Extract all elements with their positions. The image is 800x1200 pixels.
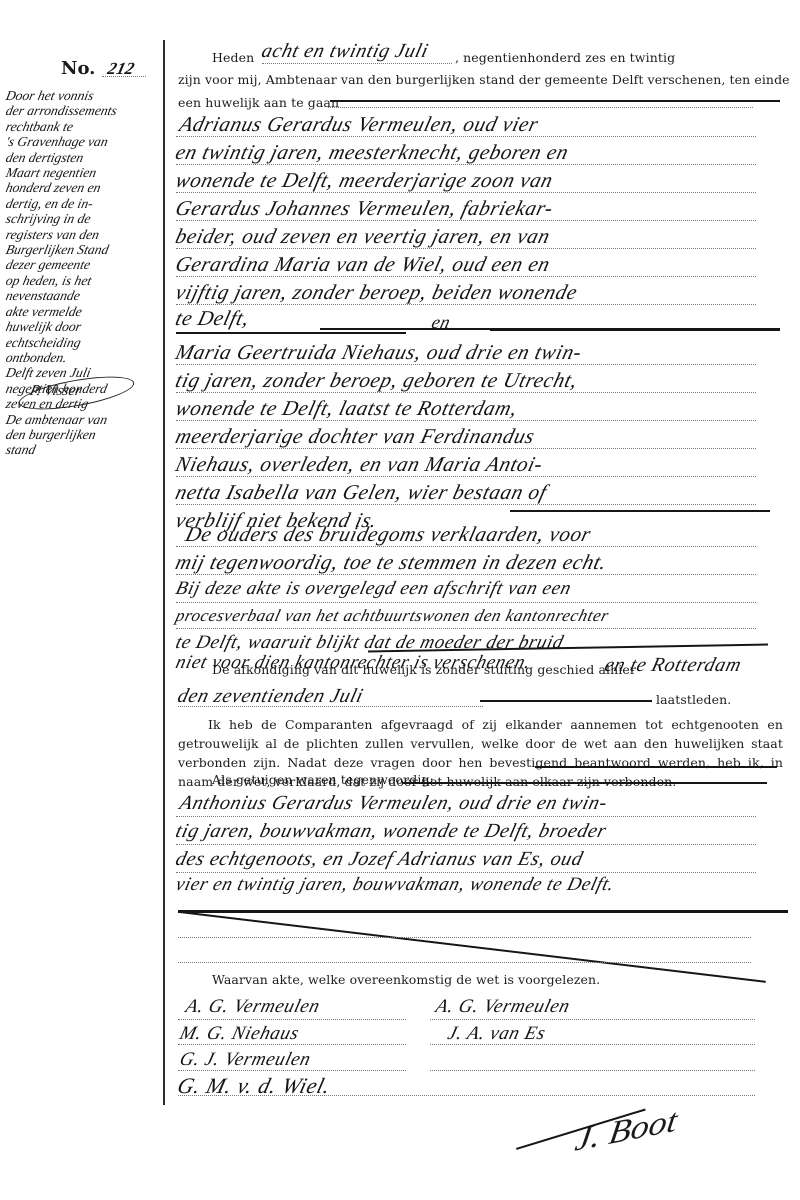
signature-father: G. J. Vermeulen bbox=[177, 1049, 313, 1071]
declaration-line: procesverbaal van het achtbuurtswonen de… bbox=[174, 606, 612, 626]
ruling-dots bbox=[176, 220, 756, 221]
ruling-dots bbox=[176, 504, 756, 505]
signature-official: J. Boot bbox=[573, 1102, 680, 1159]
year-text: , negentienhonderd zes en twintig bbox=[455, 50, 675, 65]
groom-line: vijftig jaren, zonder beroep, beiden won… bbox=[173, 280, 580, 305]
margin-note-line: ontbonden. bbox=[4, 350, 159, 365]
separator-line-right bbox=[490, 329, 780, 331]
margin-note-line: der arrondissements bbox=[4, 103, 159, 118]
ruling-dots bbox=[176, 628, 756, 629]
groom-line: beider, oud zeven en veertig jaren, en v… bbox=[173, 224, 553, 249]
blank-dots bbox=[178, 962, 751, 963]
margin-note-line: rechtbank te bbox=[4, 119, 159, 134]
separator-line-left bbox=[176, 332, 406, 334]
margin-note-line: dertig, en de in- bbox=[4, 196, 159, 211]
declaration-line: mij tegenwoordig, toe te stemmen in deze… bbox=[173, 550, 610, 575]
ruling-dots bbox=[176, 574, 756, 575]
margin-note-line: den dertigsten bbox=[4, 150, 159, 165]
ruling-dots bbox=[176, 276, 756, 277]
margin-note-line: nevenstaande bbox=[4, 288, 159, 303]
margin-note-line: akte vermelde bbox=[4, 304, 159, 319]
bride-line: tig jaren, zonder beroep, geboren te Utr… bbox=[173, 368, 580, 393]
ruling-dots bbox=[176, 192, 756, 193]
witnesses-label: Als getuigen waren tegenwoordig: bbox=[212, 772, 434, 787]
signature-dots bbox=[178, 1019, 406, 1020]
ruling-dots bbox=[176, 420, 756, 421]
closing-text: Waarvan akte, welke overeenkomstig de we… bbox=[212, 972, 600, 987]
groom-line: Adrianus Gerardus Vermeulen, oud vier bbox=[177, 112, 541, 137]
record-number-dots bbox=[102, 76, 146, 77]
margin-note-line: huwelijk door bbox=[4, 319, 159, 334]
intent-fill-line bbox=[330, 100, 780, 102]
margin-note-line: Burgerlijken Stand bbox=[4, 242, 159, 257]
ruling-dots bbox=[176, 392, 756, 393]
signature-dots bbox=[178, 1070, 406, 1071]
date-dots bbox=[262, 63, 452, 64]
signature-witness-2: J. A. van Es bbox=[445, 1023, 548, 1045]
bride-line: Maria Geertruida Niehaus, oud drie en tw… bbox=[173, 340, 585, 365]
bride-line: wonende te Delft, laatst te Rotterdam, bbox=[173, 396, 520, 421]
proclamation-dots bbox=[178, 706, 483, 707]
margin-note-line: honderd zeven en bbox=[4, 180, 159, 195]
signature-witness-1: A. G. Vermeulen bbox=[433, 996, 572, 1018]
margin-signature: P. Visser bbox=[28, 383, 84, 400]
witnesses-fill-line bbox=[402, 782, 767, 784]
signature-dots bbox=[430, 1095, 755, 1096]
margin-note-line: stand bbox=[4, 442, 159, 457]
ruling-dots bbox=[176, 164, 756, 165]
signature-bride: M. G. Niehaus bbox=[177, 1023, 301, 1045]
record-number-label: No. bbox=[61, 58, 95, 79]
margin-note-line: echtscheiding bbox=[4, 335, 159, 350]
ruling-dots bbox=[176, 816, 756, 817]
ruling-dots bbox=[176, 476, 756, 477]
marriage-intent-text: een huwelijk aan te gaan bbox=[178, 95, 339, 110]
proclamation-date: den zeventienden Juli bbox=[175, 685, 365, 708]
margin-note-line: Door het vonnis bbox=[4, 88, 159, 103]
intent-dots bbox=[328, 107, 753, 108]
groom-line: te Delft, bbox=[173, 306, 252, 331]
proclamation-fill-line bbox=[480, 700, 652, 702]
blank-dots bbox=[178, 937, 751, 938]
bride-line: netta Isabella van Gelen, wier bestaan o… bbox=[173, 480, 550, 505]
witness-line: vier en twintig jaren, bouwvakman, wonen… bbox=[173, 874, 616, 896]
signature-dots bbox=[430, 1044, 755, 1045]
margin-note-line: op heden, is het bbox=[4, 273, 159, 288]
heden-label: Heden bbox=[212, 50, 254, 65]
proclamation-text: De afkondiging van dit huwelijk is zonde… bbox=[212, 662, 636, 677]
marriage-date: acht en twintig Juli bbox=[259, 40, 431, 63]
ruling-dots bbox=[176, 248, 756, 249]
margin-rule bbox=[163, 40, 165, 1105]
signature-groom: A. G. Vermeulen bbox=[183, 996, 322, 1018]
margin-note-line: schrijving in de bbox=[4, 211, 159, 226]
groom-line: wonende te Delft, meerderjarige zoon van bbox=[173, 168, 556, 193]
signature-dots bbox=[178, 1044, 406, 1045]
declaration-line: Bij deze akte is overgelegd een afschrif… bbox=[173, 578, 573, 600]
margin-note-line: De ambtenaar van bbox=[4, 412, 159, 427]
margin-note-line: 's Gravenhage van bbox=[4, 134, 159, 149]
signature-dots bbox=[178, 1095, 473, 1096]
margin-note-line: dezer gemeente bbox=[4, 257, 159, 272]
groom-line: Gerardina Maria van de Wiel, oud een en bbox=[173, 252, 553, 277]
vows-fill-line bbox=[535, 766, 777, 768]
ruling-dots bbox=[176, 136, 756, 137]
ruling-dots bbox=[176, 872, 756, 873]
witness-line: des echtgenoots, en Jozef Adrianus van E… bbox=[173, 848, 585, 871]
margin-note-line: registers van den bbox=[4, 227, 159, 242]
cancel-line-horizontal bbox=[178, 910, 788, 913]
ruling-dots bbox=[176, 844, 756, 845]
witness-line: tig jaren, bouwvakman, wonende te Delft,… bbox=[173, 820, 609, 843]
ruling-dots bbox=[176, 546, 756, 547]
bride-line: meerderjarige dochter van Ferdinandus bbox=[173, 424, 538, 449]
bride-line: Niehaus, overleden, en van Maria Antoi- bbox=[173, 452, 546, 477]
margin-note-line: den burgerlijken bbox=[4, 427, 159, 442]
declaration-line: De ouders des bruidegoms verklaarden, vo… bbox=[183, 522, 594, 547]
ruling-dots bbox=[176, 304, 756, 305]
bride-fill-line bbox=[510, 510, 770, 512]
margin-note-line: Maart negentien bbox=[4, 165, 159, 180]
signature-dots bbox=[430, 1070, 755, 1071]
signature-dots bbox=[430, 1019, 755, 1020]
ruling-dots bbox=[176, 364, 756, 365]
witness-line: Anthonius Gerardus Vermeulen, oud drie e… bbox=[177, 792, 610, 815]
groom-line: Gerardus Johannes Vermeulen, fabriekar- bbox=[173, 196, 556, 221]
ruling-dots bbox=[176, 602, 756, 603]
ruling-dots bbox=[176, 448, 756, 449]
laatstleden-text: laatstleden. bbox=[656, 692, 731, 707]
appearance-text: zijn voor mij, Ambtenaar van den burgerl… bbox=[178, 72, 790, 87]
groom-line: en twintig jaren, meesterknecht, geboren… bbox=[173, 140, 571, 165]
proclamation-place: en te Rotterdam bbox=[602, 654, 744, 677]
